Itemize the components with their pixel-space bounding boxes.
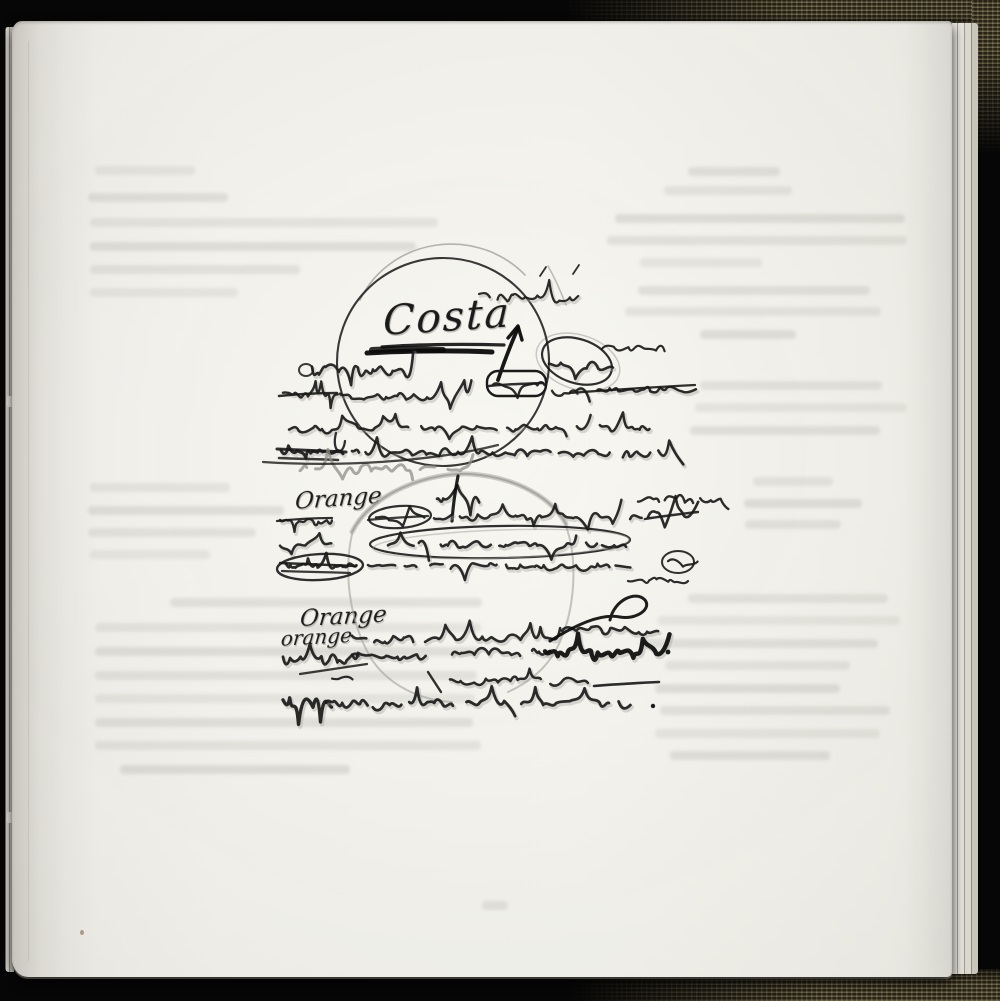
ghost-text-line <box>753 477 833 486</box>
ghost-text-line <box>688 594 888 603</box>
ghost-text-line <box>88 193 228 202</box>
gutter-line <box>28 41 29 961</box>
ghost-text-line <box>90 218 438 227</box>
ghost-text-line <box>90 483 230 492</box>
book-page <box>12 21 952 977</box>
photo-of-open-book: { "scene": { "description": "Photograph … <box>0 0 1000 1001</box>
page-stack-right-edges <box>952 23 978 974</box>
ghost-text-line <box>88 528 256 537</box>
ghost-text-line <box>482 901 508 910</box>
ghost-text-line <box>90 265 300 274</box>
ghost-text-line <box>700 381 882 390</box>
ghost-text-line <box>665 661 850 670</box>
ghost-text-line <box>95 671 477 680</box>
ghost-text-line <box>660 706 890 715</box>
ghost-text-line <box>688 167 780 176</box>
ghost-text-line <box>615 214 905 223</box>
ghost-text-line <box>95 623 481 632</box>
ghost-text-line <box>120 765 350 774</box>
ghost-text-line <box>695 403 907 412</box>
ghost-text-line <box>88 506 284 515</box>
ghost-text-line <box>95 647 479 656</box>
page-vignette <box>12 21 952 977</box>
ghost-text-line <box>638 286 870 295</box>
ghost-text-line <box>690 426 880 435</box>
ghost-text-line <box>745 520 841 529</box>
ghost-text-line <box>95 741 481 750</box>
ghost-text-line <box>607 236 907 245</box>
ghost-text-line <box>90 550 210 559</box>
ghost-text-line <box>655 684 840 693</box>
ghost-text-line <box>90 288 238 297</box>
ghost-text-line <box>90 242 416 251</box>
paper-speck <box>80 930 84 935</box>
ghost-text-line <box>658 616 900 625</box>
ghost-text-line <box>744 499 862 508</box>
ghost-text-line <box>95 166 195 175</box>
ghost-text-line <box>640 258 762 267</box>
ghost-text-line <box>95 694 475 703</box>
ghost-text-line <box>664 186 792 195</box>
ghost-text-line <box>170 598 482 607</box>
ghost-text-line <box>95 718 473 727</box>
ghost-text-line <box>640 639 878 648</box>
ghost-text-line <box>625 307 881 316</box>
ghost-text-line <box>670 751 830 760</box>
ghost-text-line <box>700 330 796 339</box>
ghost-text-line <box>655 729 880 738</box>
